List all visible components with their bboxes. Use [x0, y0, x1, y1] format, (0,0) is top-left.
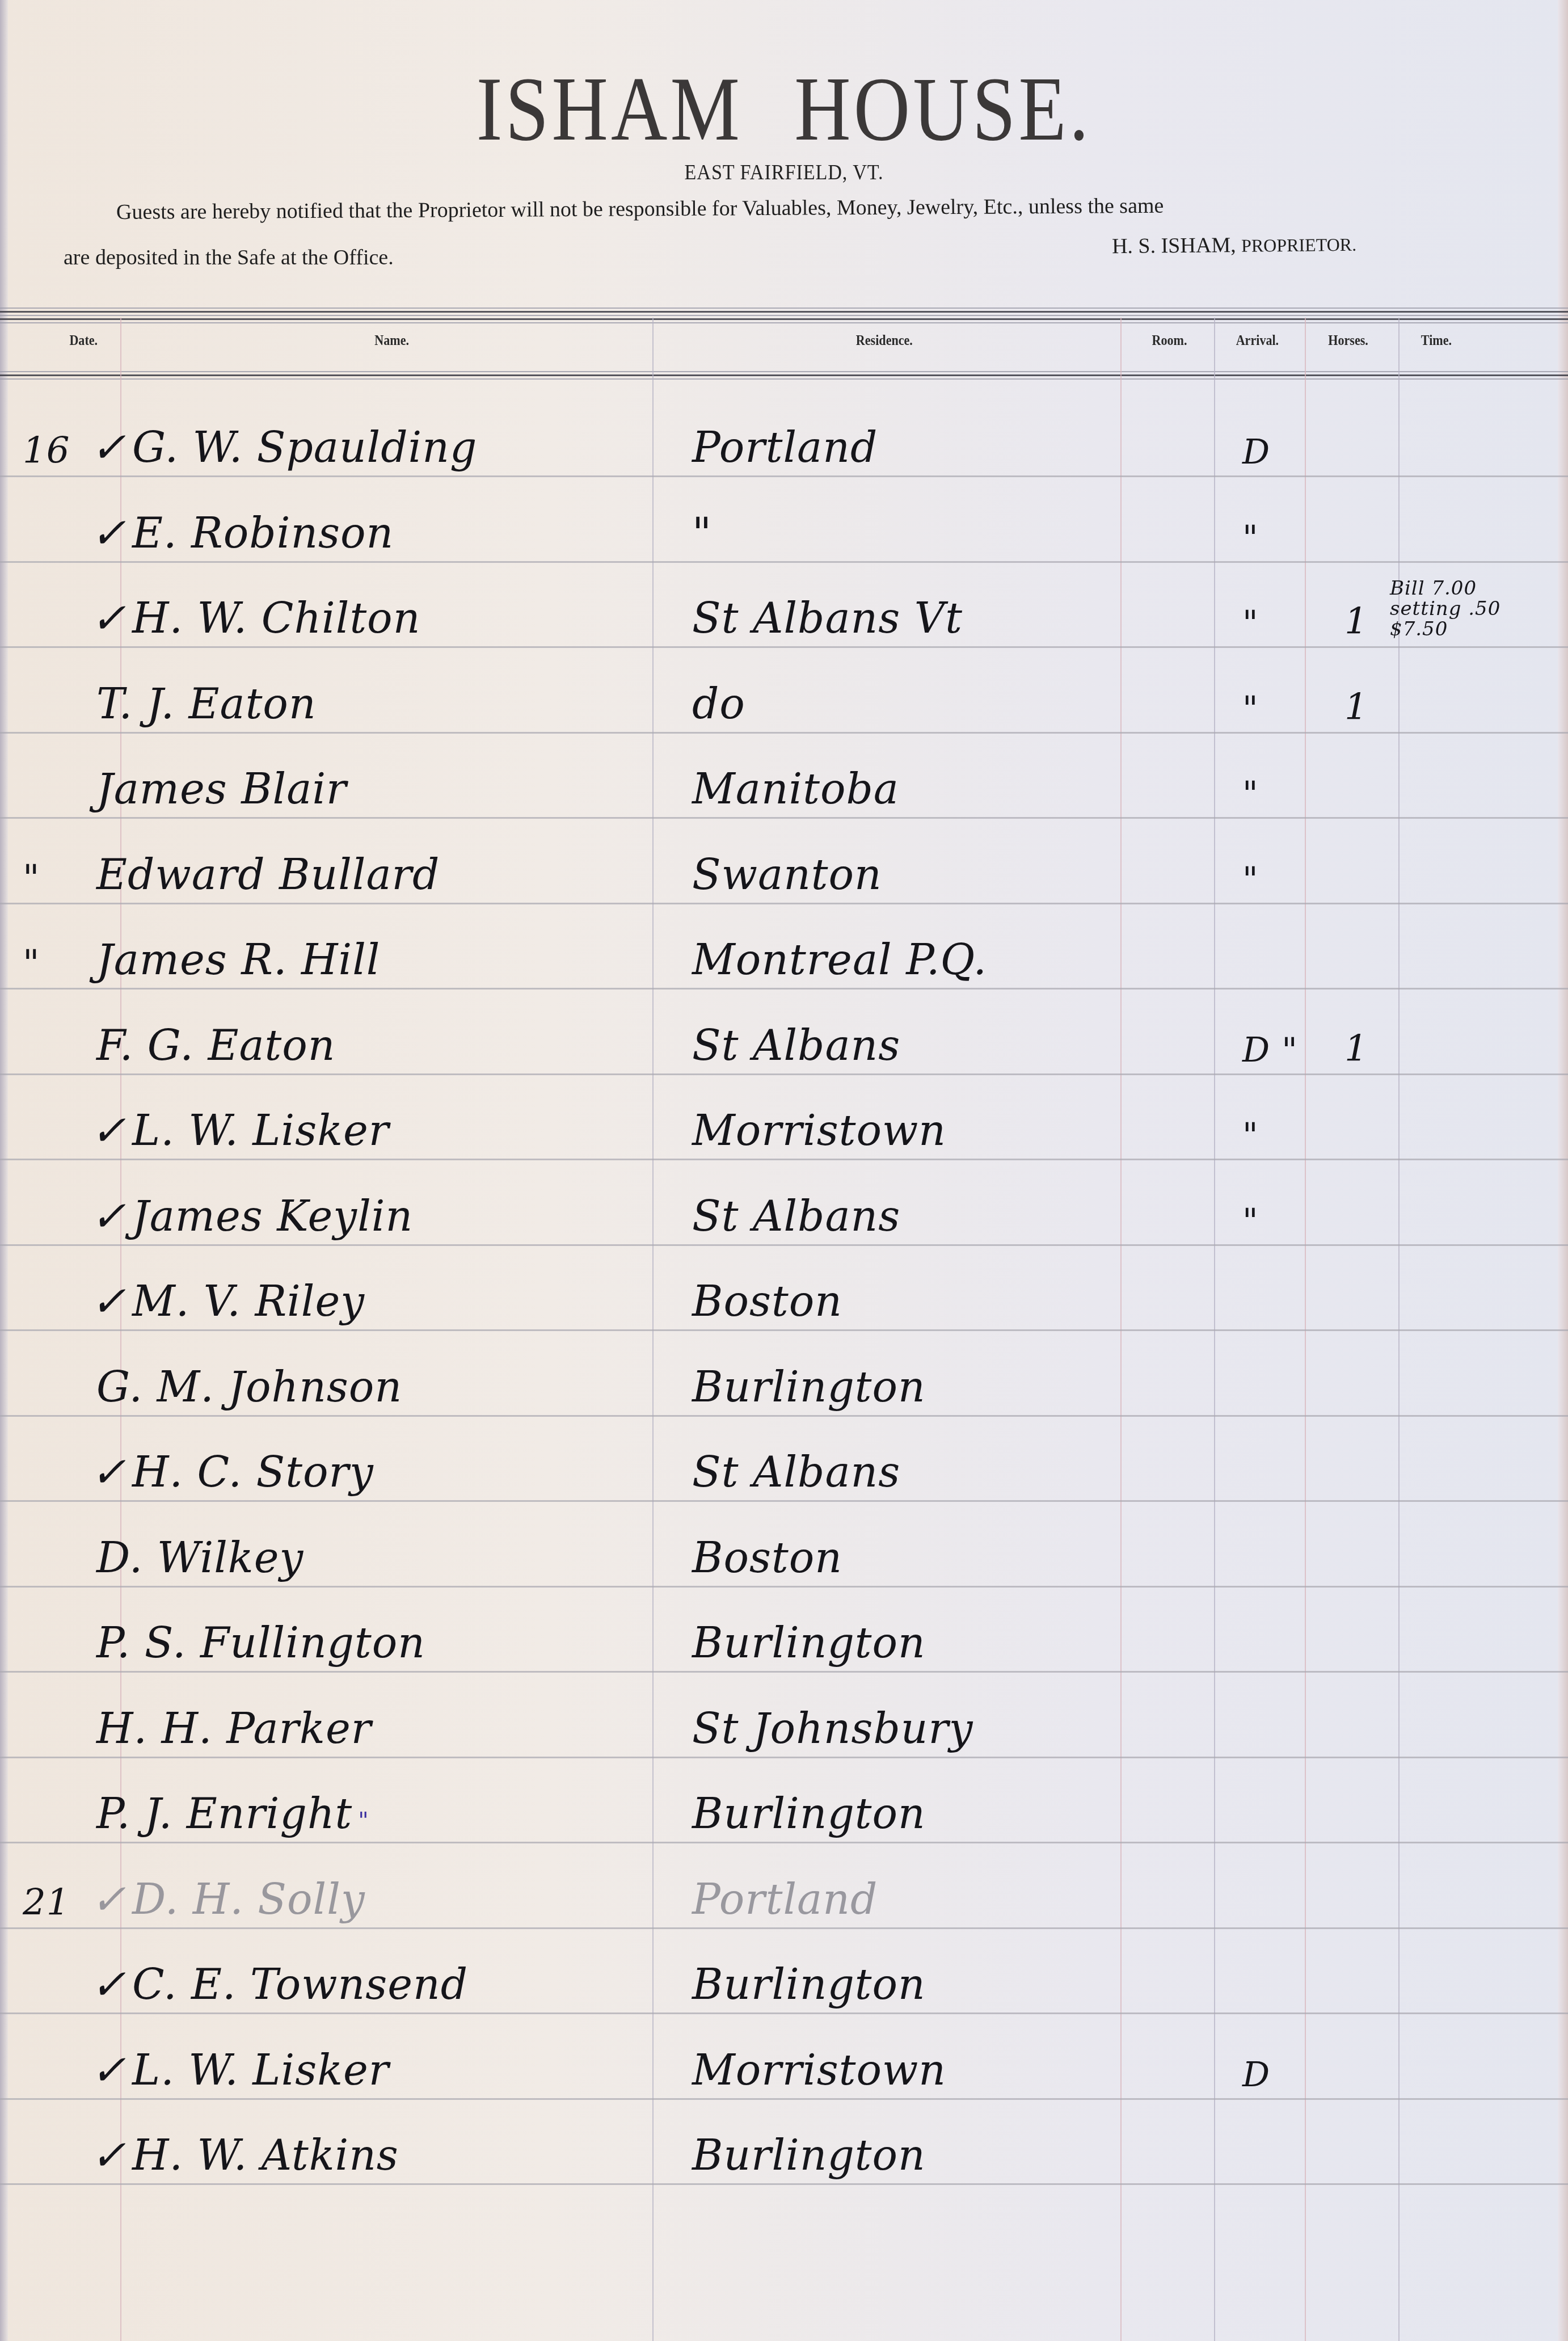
guest-name: C. E. Townsend: [132, 1960, 468, 2009]
check-mark-icon: ✓: [91, 2046, 127, 2095]
guest-name: G. W. Spaulding: [132, 423, 477, 472]
entry-name: Edward Bullard: [91, 850, 440, 899]
entry-name: ✓L. W. Lisker: [91, 1106, 389, 1155]
entry-arrival: ": [1242, 603, 1259, 643]
table-row: 21✓D. H. SollyPortland: [0, 1843, 1568, 1929]
entry-name: ✓H. W. Atkins: [91, 2131, 399, 2180]
guest-name: T. J. Eaton: [96, 680, 317, 729]
entry-name: P. J. Enright": [91, 1790, 369, 1838]
guest-name: James Keylin: [132, 1192, 413, 1241]
entry-arrival: ": [1242, 860, 1259, 899]
entry-residence: Morristown: [692, 2046, 946, 2095]
entry-arrival: ": [1242, 774, 1259, 814]
entry-residence: Montreal P.Q.: [692, 936, 987, 984]
guest-name: P. J. Enright: [96, 1790, 352, 1838]
guest-name: D. Wilkey: [96, 1534, 304, 1582]
entry-horses: 1: [1344, 1028, 1368, 1070]
guest-name: L. W. Lisker: [132, 1106, 389, 1155]
guest-name: F. G. Eaton: [96, 1021, 335, 1070]
ink-mark: ": [358, 1808, 369, 1834]
entry-residence: ": [692, 509, 712, 558]
guest-name: L. W. Lisker: [132, 2046, 389, 2095]
entry-residence: St Johnsbury: [692, 1704, 973, 1753]
table-row: 16✓G. W. SpauldingPortlandD: [0, 391, 1568, 477]
entry-name: ✓H. W. Chilton: [91, 594, 420, 643]
check-mark-icon: ✓: [91, 1277, 127, 1326]
table-row: James BlairManitoba": [0, 733, 1568, 818]
entry-name: ✓L. W. Lisker: [91, 2046, 389, 2095]
entry-name: ✓C. E. Townsend: [91, 1960, 468, 2009]
entry-residence: do: [692, 680, 745, 729]
guest-name: James Blair: [96, 765, 347, 814]
table-row: ✓C. E. TownsendBurlington: [0, 1929, 1568, 2014]
entry-arrival: D ": [1242, 1030, 1298, 1070]
check-mark-icon: ✓: [91, 1106, 127, 1155]
entry-name: H. H. Parker: [91, 1704, 372, 1753]
table-row: ✓H. C. StorySt Albans: [0, 1416, 1568, 1501]
entry-horses: 1: [1344, 601, 1368, 643]
table-row: T. J. Eatondo"1: [0, 648, 1568, 733]
entry-name: P. S. Fullington: [91, 1619, 425, 1668]
entry-name: ✓G. W. Spaulding: [91, 423, 477, 472]
register-entries: 16✓G. W. SpauldingPortlandD✓E. Robinson"…: [0, 0, 1568, 2341]
guest-name: M. V. Riley: [132, 1277, 365, 1326]
table-row: F. G. EatonSt AlbansD "1: [0, 990, 1568, 1075]
table-row: G. M. JohnsonBurlington: [0, 1331, 1568, 1416]
entry-name: D. Wilkey: [91, 1534, 304, 1582]
table-row: ✓L. W. LiskerMorristown": [0, 1075, 1568, 1160]
table-row: ✓L. W. LiskerMorristownD: [0, 2014, 1568, 2099]
guest-name: H. W. Atkins: [132, 2131, 399, 2180]
entry-time-note: Bill 7.00 setting .50 $7.50: [1390, 578, 1500, 639]
table-row: "Edward BullardSwanton": [0, 819, 1568, 904]
entry-name: James R. Hill: [91, 936, 381, 984]
entry-name: ✓M. V. Riley: [91, 1277, 365, 1326]
entry-arrival: D: [1242, 2055, 1270, 2095]
guest-name: H. W. Chilton: [132, 594, 420, 643]
entry-name: ✓E. Robinson: [91, 509, 394, 558]
guest-name: P. S. Fullington: [96, 1619, 425, 1668]
guest-name: G. M. Johnson: [96, 1363, 402, 1412]
entry-residence: Burlington: [692, 1790, 926, 1838]
entry-date: 16: [23, 430, 70, 472]
entry-residence: Swanton: [692, 850, 882, 899]
entry-residence: Burlington: [692, 1619, 926, 1668]
check-mark-icon: ✓: [91, 1192, 127, 1241]
entry-arrival: ": [1242, 1201, 1259, 1241]
check-mark-icon: ✓: [91, 1875, 127, 1924]
entry-residence: Morristown: [692, 1106, 946, 1155]
entry-name: G. M. Johnson: [91, 1363, 402, 1412]
table-row: ✓M. V. RileyBoston: [0, 1245, 1568, 1331]
entry-name: James Blair: [91, 765, 347, 814]
entry-residence: Burlington: [692, 2131, 926, 2180]
table-row: D. WilkeyBoston: [0, 1502, 1568, 1587]
entry-arrival: ": [1242, 1115, 1259, 1155]
entry-arrival: D: [1242, 432, 1270, 472]
table-row: P. S. FullingtonBurlington: [0, 1587, 1568, 1672]
guest-name: James R. Hill: [96, 936, 381, 984]
entry-date: 21: [23, 1882, 70, 1924]
entry-name: ✓James Keylin: [91, 1192, 413, 1241]
table-row: ✓H. W. ChiltonSt Albans Vt"1Bill 7.00 se…: [0, 562, 1568, 647]
entry-residence: Manitoba: [692, 765, 899, 814]
check-mark-icon: ✓: [91, 1448, 127, 1497]
guest-name: E. Robinson: [132, 509, 394, 558]
entry-horses: 1: [1344, 687, 1368, 729]
entry-name: ✓H. C. Story: [91, 1448, 374, 1497]
entry-residence: St Albans: [692, 1021, 900, 1070]
entry-residence: Portland: [692, 423, 878, 472]
entry-residence: Burlington: [692, 1363, 926, 1412]
entry-residence: St Albans: [692, 1192, 900, 1241]
check-mark-icon: ✓: [91, 509, 127, 558]
entry-name: F. G. Eaton: [91, 1021, 335, 1070]
entry-residence: Burlington: [692, 1960, 926, 2009]
guest-name: D. H. Solly: [132, 1875, 365, 1924]
table-row: "James R. HillMontreal P.Q.: [0, 904, 1568, 989]
guest-name: H. H. Parker: [96, 1704, 372, 1753]
table-row: P. J. Enright"Burlington: [0, 1758, 1568, 1843]
table-row: ✓H. W. AtkinsBurlington: [0, 2099, 1568, 2184]
guest-name: Edward Bullard: [96, 850, 440, 899]
check-mark-icon: ✓: [91, 594, 127, 643]
table-row: ✓James KeylinSt Albans": [0, 1160, 1568, 1245]
check-mark-icon: ✓: [91, 1960, 127, 2009]
check-mark-icon: ✓: [91, 2131, 127, 2180]
entry-name: T. J. Eaton: [91, 680, 317, 729]
guest-name: H. C. Story: [132, 1448, 374, 1497]
entry-residence: Portland: [692, 1875, 878, 1924]
entry-date: ": [23, 942, 40, 984]
entry-residence: St Albans: [692, 1448, 900, 1497]
entry-arrival: ": [1242, 518, 1259, 558]
entry-residence: Boston: [692, 1534, 842, 1582]
table-row: H. H. ParkerSt Johnsbury: [0, 1673, 1568, 1758]
entry-name: ✓D. H. Solly: [91, 1875, 365, 1924]
entry-residence: Boston: [692, 1277, 842, 1326]
entry-arrival: ": [1242, 689, 1259, 729]
table-row: ✓E. Robinson"": [0, 477, 1568, 562]
entry-date: ": [23, 857, 40, 899]
entry-residence: St Albans Vt: [692, 594, 963, 643]
check-mark-icon: ✓: [91, 423, 127, 472]
